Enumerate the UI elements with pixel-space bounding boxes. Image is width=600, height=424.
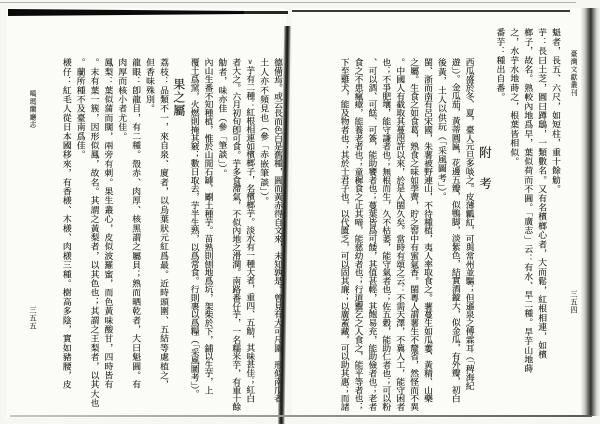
text-column: 德備焉。或云長而色白是舊種，圓而黃赤得自文來，未知孰是。曾見有大可尺圍，形似南瓜… <box>270 58 284 420</box>
text-column: 、可以酒、可餻、可簽，能助饔者也；蔓葉皆爲可餧，其值甚輕，其飽易充，能助儉者也；… <box>365 28 379 420</box>
text-column: 覆土爲窯，火燃則掩其竅；數日取去，芋半生熟，以爲常食。行則裹以爲糧（「采風圖考」… <box>187 58 201 420</box>
text-column: 之屬。生食之如食葛，熟食之味如荸薺，貯之窖中有蜜氣香。閩粵人謂薯生不釐省，然怪而… <box>406 28 420 420</box>
text-column: 芋：長曰土芝，圓曰蹲鴟，一類數名。又有名檳榔心者，大而鬆，紅根相連，如檳 <box>534 28 548 420</box>
book-fore-edge-pages <box>581 8 600 416</box>
right-running-head: 臺灣文獻叢刊 <box>567 50 577 97</box>
text-column: 之，水芋水地蒔之，根葉皆相似。 <box>506 28 520 420</box>
scan-top-edge-line <box>0 2 576 3</box>
text-column: 土人亦不頻見也（參「赤嵌筆談」）。 <box>256 58 270 420</box>
right-page-number: 三五四 <box>569 290 579 315</box>
text-column: 鳳梨：葉似蒲而闊，兩旁有刺。果生叢心，皮似波羅蜜，而色黃味酸甘，四時皆有 <box>101 58 115 420</box>
text-column: 者大之。六月初旬卽可食。芋多食滯氣，不似內地之滑潤。南路番仔芋，一名糯米芋，有重… <box>228 58 242 420</box>
right-page-text-block: 魁者，長五、六尺，如短柱，重十餘觔。芋：長曰土芝，圓曰蹲鴟，一類數名。又有名檳榔… <box>300 28 562 420</box>
text-column: 龍眼：卽龍目，有二種。殼赤、肉厚、核黑謂之屬貝；熟而晒乾者，大曰魁圓。有 <box>128 58 142 420</box>
text-column: 後黃，土人以供玩（「采風圖考」）。 <box>434 28 448 420</box>
text-column: ∨芋有二種：紅根相連如檳榔子，名檳榔芋。淡水有一種大者，重四、五觔，其味甚佳；紅… <box>242 58 256 420</box>
left-page-number: 三五五 <box>28 306 38 331</box>
left-page-text-block: 德備焉。或云長而色白是舊種，圓而黃赤得自文來，未知孰是。曾見有大可尺圍，形似南瓜… <box>50 58 284 420</box>
text-column: 下至雞犬，能及物者也；其於士君子也，以代匱乏，可以固其廉；以廣蓋藏，可以助其惠；… <box>337 28 351 420</box>
text-column: 食之不患瘋瘴，能養老者也；童穉食之止其啼，能慈幼者也；行道鬻乞之人食之，能平等者… <box>351 28 365 420</box>
left-running-head: 噶瑪蘭廳志 <box>26 90 36 129</box>
text-column: 內山生番不知種植，惟於山閒石罅，劚土種芋。苗熟則刨地爲坑，架柴於下，鋪以生芋，上 <box>201 58 215 420</box>
text-column: 。蘭所種不及臺南爲佳。 <box>73 58 87 420</box>
text-column: 檨仔：紅毛人從日本國移來，有香檨、木檨、肉檨三種。樹高多陰，實如豬腰，皮 <box>59 58 73 420</box>
text-column: 魁者，長五、六尺，如短柱，重十餘觔。 <box>548 28 562 420</box>
text-column: 遊」）。金瓜茄，黃蒂圓匾，花邊五瓣，似鴨脚，淡紫色，結實酒鏇大，似金瓜，有外瓣，… <box>448 28 462 420</box>
section-header: 果之屬 <box>170 58 187 420</box>
book-scan: 魁者，長五、六尺，如短柱，重十餘觔。芋：長曰土芝，圓曰蹲鴟，一類數名。又有名檳榔… <box>0 0 600 424</box>
text-column: 但香味殊別。 <box>142 58 156 420</box>
text-column: 番芋：種出自番。 <box>493 28 507 420</box>
left-page-top-shadow-tail <box>244 11 288 14</box>
text-column: 榔子，故名。熟較內地爲早，葉似荷而不圓。「廣志」云：有水、旱二種。旱芋山地蒔 <box>520 28 534 420</box>
text-column: 西瓜盛於冬、夏，臺人元旦多啖之。皮薄瓤紅，可與常州並驅；但遜泉之傅霖耳（「稗海紀 <box>462 28 476 420</box>
text-column: 荔枝：品類不一，來自泉、廈者，以烏葉狀元紅爲最。近時頭圍、五結等處植之， <box>156 58 170 420</box>
text-column: 。末有葉一簇，因形似鳳，故名。其謂之黃梨者，以其色也；其謂之王梨者，以其大也 <box>87 58 101 420</box>
right-page-top-shadow <box>292 10 570 12</box>
text-column: 閩、浙而南有呂宋國，朱薯被野連山，不待種植，夷人率取食之。薯蔓生如瓜蔞、黃精、山… <box>420 28 434 420</box>
section-header: 附 考 <box>476 28 493 420</box>
text-column: 肉厚而核小者尤佳。 <box>114 58 128 420</box>
text-column: 觔者，味亦佳（參「筆談」）。 <box>215 58 229 420</box>
check-mark: ∨ <box>246 58 254 66</box>
text-column: 。中國人有截取其蔓咫許以來，於是入閩久矣。當時有頌之云：不需天澤，不冀人工，能守… <box>392 28 406 420</box>
text-column: 也；不爭肥壤，能守謙者也；無根而生，久不枯萎，能守氣者也；佐五穀，能助仁者也；可… <box>378 28 392 420</box>
